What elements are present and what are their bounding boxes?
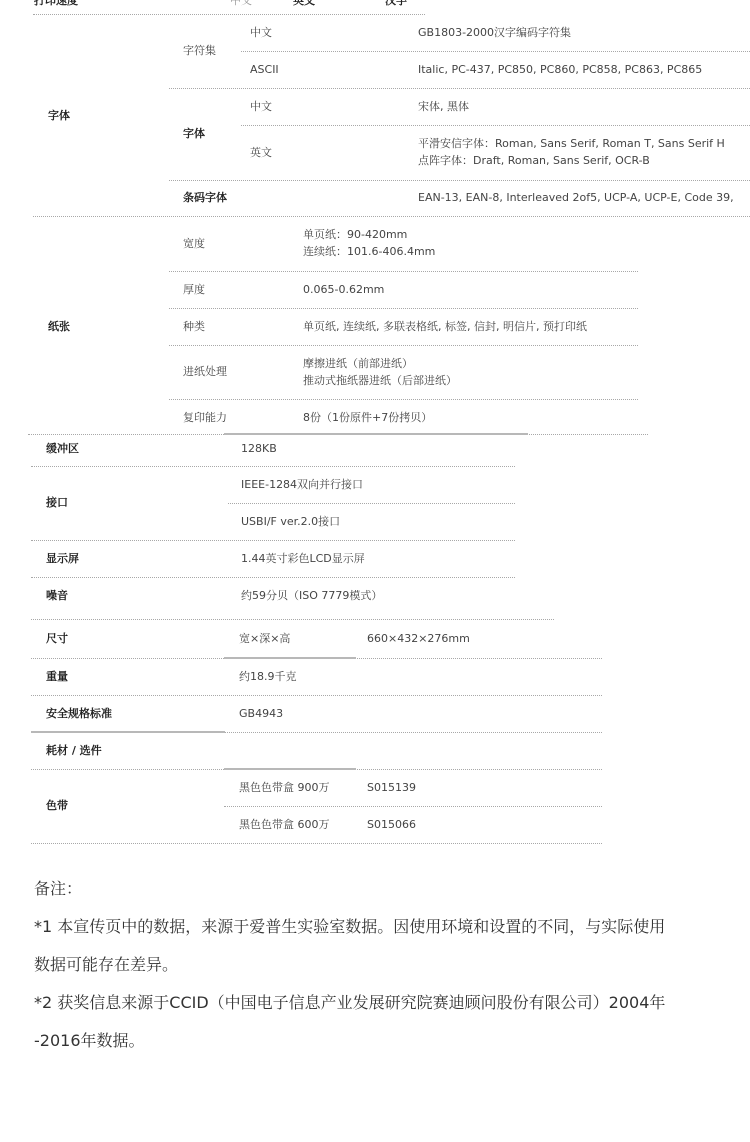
cutoff-label: 打印速度	[34, 0, 78, 8]
spec-label: 耗材 / 选件	[46, 742, 102, 759]
divider	[228, 503, 515, 504]
notes-line: *1 本宣传页中的数据，来源于爱普生实验室数据。因使用环境和设置的不同，与实际使…	[34, 908, 724, 946]
ribbon-code: S015066	[367, 816, 416, 833]
divider	[169, 88, 750, 89]
spec-value: 点阵字体：Draft, Roman, Sans Serif, OCR-B	[418, 152, 650, 169]
divider	[33, 14, 425, 15]
cutoff-value: 英文	[293, 0, 315, 8]
divider	[241, 51, 750, 52]
cutoff-value: 中文	[230, 0, 252, 8]
spec-key: 厚度	[183, 281, 205, 298]
divider	[169, 399, 638, 400]
spec-label: 接口	[46, 494, 68, 511]
divider	[31, 619, 554, 620]
spec-value: 约18.9千克	[239, 668, 297, 685]
spec-value: 推动式拖纸器进纸（后部进纸）	[303, 372, 457, 389]
notes-line: *2 获奖信息来源于CCID（中国电子信息产业发展研究院赛迪顾问股份有限公司）2…	[34, 984, 724, 1022]
spec-value: 单页纸：90-420mm	[303, 226, 407, 243]
spec-value: Italic, PC-437, PC850, PC860, PC858, PC8…	[418, 61, 702, 78]
spec-value: 128KB	[241, 440, 277, 457]
spec-value: IEEE-1284双向并行接口	[241, 476, 363, 493]
spec-value: 0.065-0.62mm	[303, 281, 384, 298]
subsection-label: 字符集	[183, 42, 216, 59]
divider	[169, 180, 750, 181]
spec-value: 单页纸, 连续纸, 多联表格纸, 标签, 信封, 明信片, 预打印纸	[303, 318, 587, 335]
divider	[31, 577, 515, 578]
divider	[241, 125, 750, 126]
spec-label: 色带	[46, 797, 68, 814]
section-label: 纸张	[48, 318, 70, 335]
spec-label: 安全规格标准	[46, 705, 112, 722]
spec-value: 约59分贝（ISO 7779模式）	[241, 587, 382, 604]
divider	[31, 843, 602, 844]
spec-value: 连续纸：101.6-406.4mm	[303, 243, 435, 260]
divider	[224, 768, 356, 770]
subsection-label: 条码字体	[183, 189, 227, 206]
spec-key: 中文	[250, 98, 272, 115]
spec-value: GB4943	[239, 705, 283, 722]
spec-key: 进纸处理	[183, 363, 227, 380]
spec-value: 宋体, 黑体	[418, 98, 469, 115]
spec-key: 复印能力	[183, 409, 227, 426]
subsection-label: 字体	[183, 125, 205, 142]
section-label: 字体	[48, 107, 70, 124]
spec-label: 尺寸	[46, 630, 68, 647]
divider	[224, 806, 602, 807]
divider	[224, 433, 528, 435]
ribbon-name: 黑色色带盒 900万	[239, 779, 330, 796]
spec-value: EAN-13, EAN-8, Interleaved 2of5, UCP-A, …	[418, 189, 734, 206]
notes-line: -2016年数据。	[34, 1022, 724, 1060]
spec-value: 1.44英寸彩色LCD显示屏	[241, 550, 365, 567]
divider	[169, 345, 638, 346]
divider	[31, 466, 515, 467]
notes-section: 备注： *1 本宣传页中的数据，来源于爱普生实验室数据。因使用环境和设置的不同，…	[34, 870, 724, 1060]
spec-value: 660×432×276mm	[367, 630, 470, 647]
spec-value: 8份（1份原件+7份拷贝）	[303, 409, 432, 426]
spec-label: 噪音	[46, 587, 68, 604]
spec-label: 显示屏	[46, 550, 79, 567]
ribbon-code: S015139	[367, 779, 416, 796]
divider	[31, 695, 602, 696]
spec-key: 中文	[250, 24, 272, 41]
spec-label: 缓冲区	[46, 440, 79, 457]
spec-key: 宽×深×高	[239, 630, 290, 647]
ribbon-name: 黑色色带盒 600万	[239, 816, 330, 833]
divider	[169, 308, 638, 309]
notes-line: 数据可能存在差异。	[34, 946, 724, 984]
spec-key: 宽度	[183, 235, 205, 252]
spec-value: USBI/F ver.2.0接口	[241, 513, 340, 530]
notes-title: 备注：	[34, 870, 724, 908]
divider	[31, 540, 515, 541]
cutoff-value: 汉字	[385, 0, 407, 8]
divider	[33, 216, 750, 217]
spec-label: 重量	[46, 668, 68, 685]
spec-value: 摩擦进纸（前部进纸）	[303, 355, 413, 372]
divider	[169, 271, 638, 272]
divider	[31, 731, 225, 733]
divider	[224, 657, 356, 659]
spec-value: 平滑安信字体：Roman, Sans Serif, Roman T, Sans …	[418, 135, 725, 152]
spec-key: 种类	[183, 318, 205, 335]
spec-key: 英文	[250, 144, 272, 161]
spec-value: GB1803-2000汉字编码字符集	[418, 24, 571, 41]
spec-key: ASCII	[250, 61, 279, 78]
